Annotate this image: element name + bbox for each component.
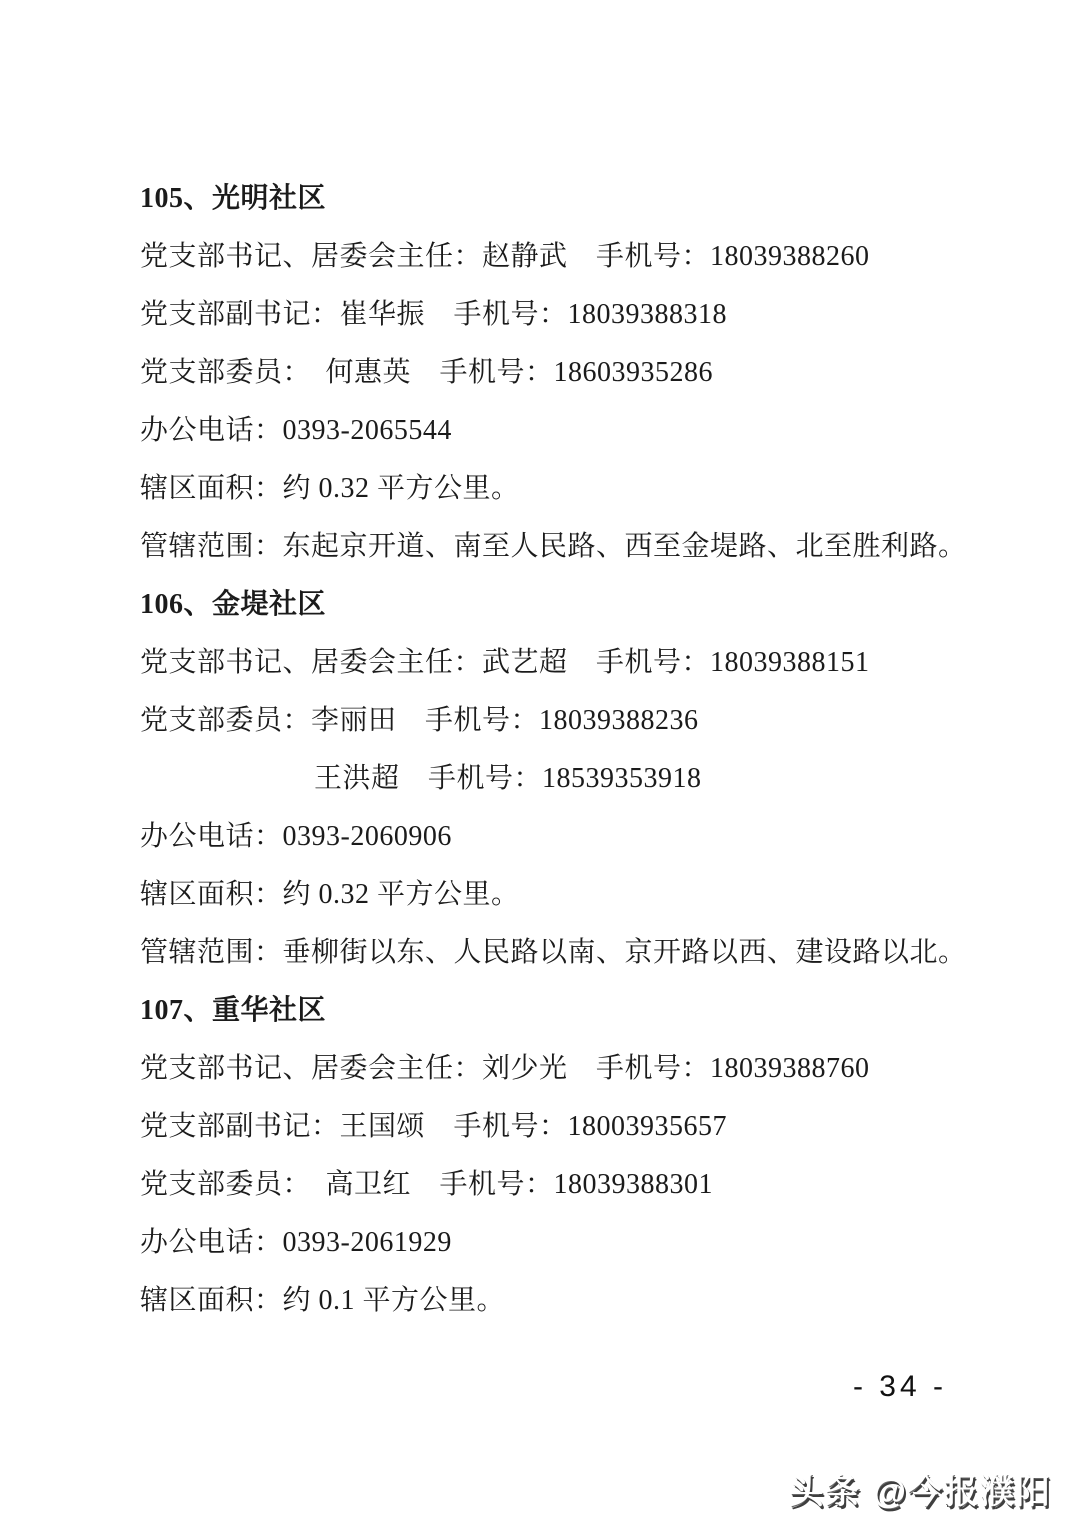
section-106-office-phone-line: 办公电话：0393-2060906 (140, 808, 1020, 866)
section-107-committee-member-line: 党支部委员： 高卫红 手机号：18039388301 (140, 1156, 1020, 1214)
page-number: - 34 - (853, 1370, 947, 1404)
section-107-title: 107、重华社区 (140, 982, 1020, 1040)
section-106-scope-line: 管辖范围：垂柳街以东、人民路以南、京开路以西、建设路以北。 (140, 924, 1020, 982)
section-105-secretary-line: 党支部书记、居委会主任：赵静武 手机号：18039388260 (140, 228, 1020, 286)
section-107-deputy-secretary-line: 党支部副书记：王国颂 手机号：18003935657 (140, 1098, 1020, 1156)
section-105-office-phone-line: 办公电话：0393-2065544 (140, 402, 1020, 460)
section-105-committee-member-line: 党支部委员： 何惠英 手机号：18603935286 (140, 344, 1020, 402)
section-105-title: 105、光明社区 (140, 170, 1020, 228)
section-106-secretary-line: 党支部书记、居委会主任：武艺超 手机号：18039388151 (140, 634, 1020, 692)
section-106-committee-member-line: 党支部委员：李丽田 手机号：18039388236 (140, 692, 1020, 750)
section-107-area-line: 辖区面积：约 0.1 平方公里。 (140, 1272, 1020, 1330)
section-105-deputy-secretary-line: 党支部副书记：崔华振 手机号：18039388318 (140, 286, 1020, 344)
section-107-office-phone-line: 办公电话：0393-2061929 (140, 1214, 1020, 1272)
section-106-area-line: 辖区面积：约 0.32 平方公里。 (140, 866, 1020, 924)
section-106-title: 106、金堤社区 (140, 576, 1020, 634)
section-107-secretary-line: 党支部书记、居委会主任：刘少光 手机号：18039388760 (140, 1040, 1020, 1098)
section-105-area-line: 辖区面积：约 0.32 平方公里。 (140, 460, 1020, 518)
section-105-scope-line: 管辖范围：东起京开道、南至人民路、西至金堤路、北至胜利路。 (140, 518, 1020, 576)
document-page: 105、光明社区 党支部书记、居委会主任：赵静武 手机号：18039388260… (0, 0, 1080, 1527)
watermark: 头条 @今报濮阳 (789, 1464, 1052, 1513)
document-content: 105、光明社区 党支部书记、居委会主任：赵静武 手机号：18039388260… (140, 170, 1020, 1330)
section-106-committee-member-line-2: 王洪超 手机号：18539353918 (140, 750, 1020, 808)
